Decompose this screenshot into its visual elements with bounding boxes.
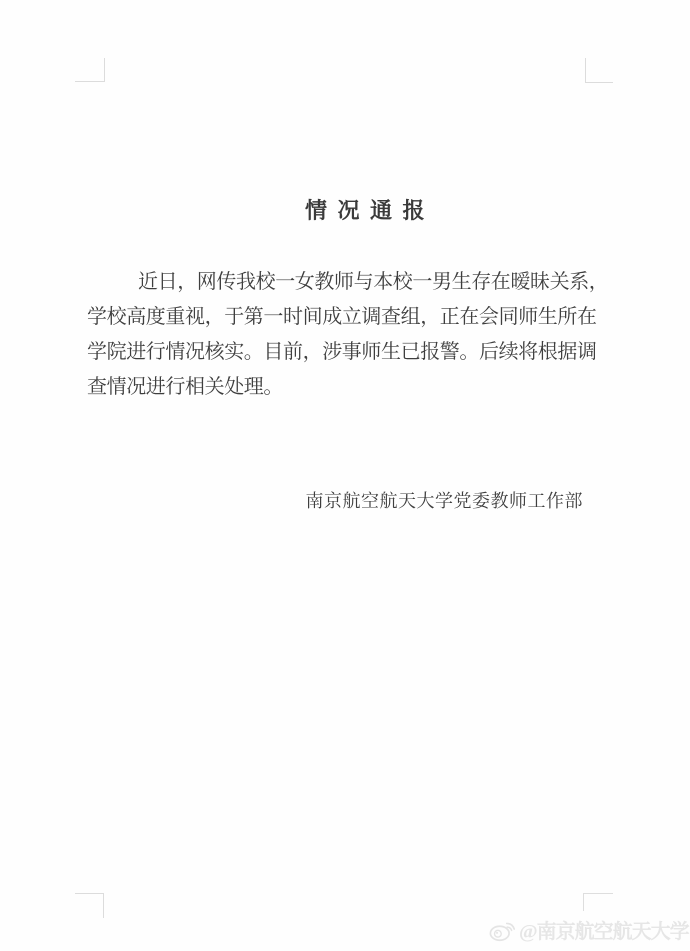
crop-corner-mark-bottom-right — [583, 893, 613, 911]
notice-body: 近日，网传我校一女教师与本校一男生存在暧昧关系， 学校高度重视，于第一时间成立调… — [87, 265, 599, 405]
notice-document-page: 情 况 通 报 近日，网传我校一女教师与本校一男生存在暧昧关系， 学校高度重视，… — [0, 0, 690, 951]
notice-body-line: 查情况进行相关处理。 — [87, 370, 599, 405]
notice-body-line: 学校高度重视，于第一时间成立调查组，正在会同师生所在 — [87, 300, 599, 335]
notice-body-line: 近日，网传我校一女教师与本校一男生存在暧昧关系， — [87, 265, 599, 300]
weibo-logo-icon — [489, 917, 517, 942]
crop-corner-mark-bottom-left — [75, 893, 104, 918]
crop-corner-mark-top-right — [585, 58, 613, 83]
notice-body-line: 学院进行情况核实。目前，涉事师生已报警。后续将根据调 — [87, 335, 599, 370]
watermark-text: @南京航空航天大学 — [519, 915, 689, 944]
notice-title: 情 况 通 报 — [305, 194, 425, 225]
crop-corner-mark-top-left — [75, 58, 105, 82]
notice-signature: 南京航空航天大学党委教师工作部 — [306, 487, 584, 513]
watermark: @南京航空航天大学 — [489, 915, 689, 944]
